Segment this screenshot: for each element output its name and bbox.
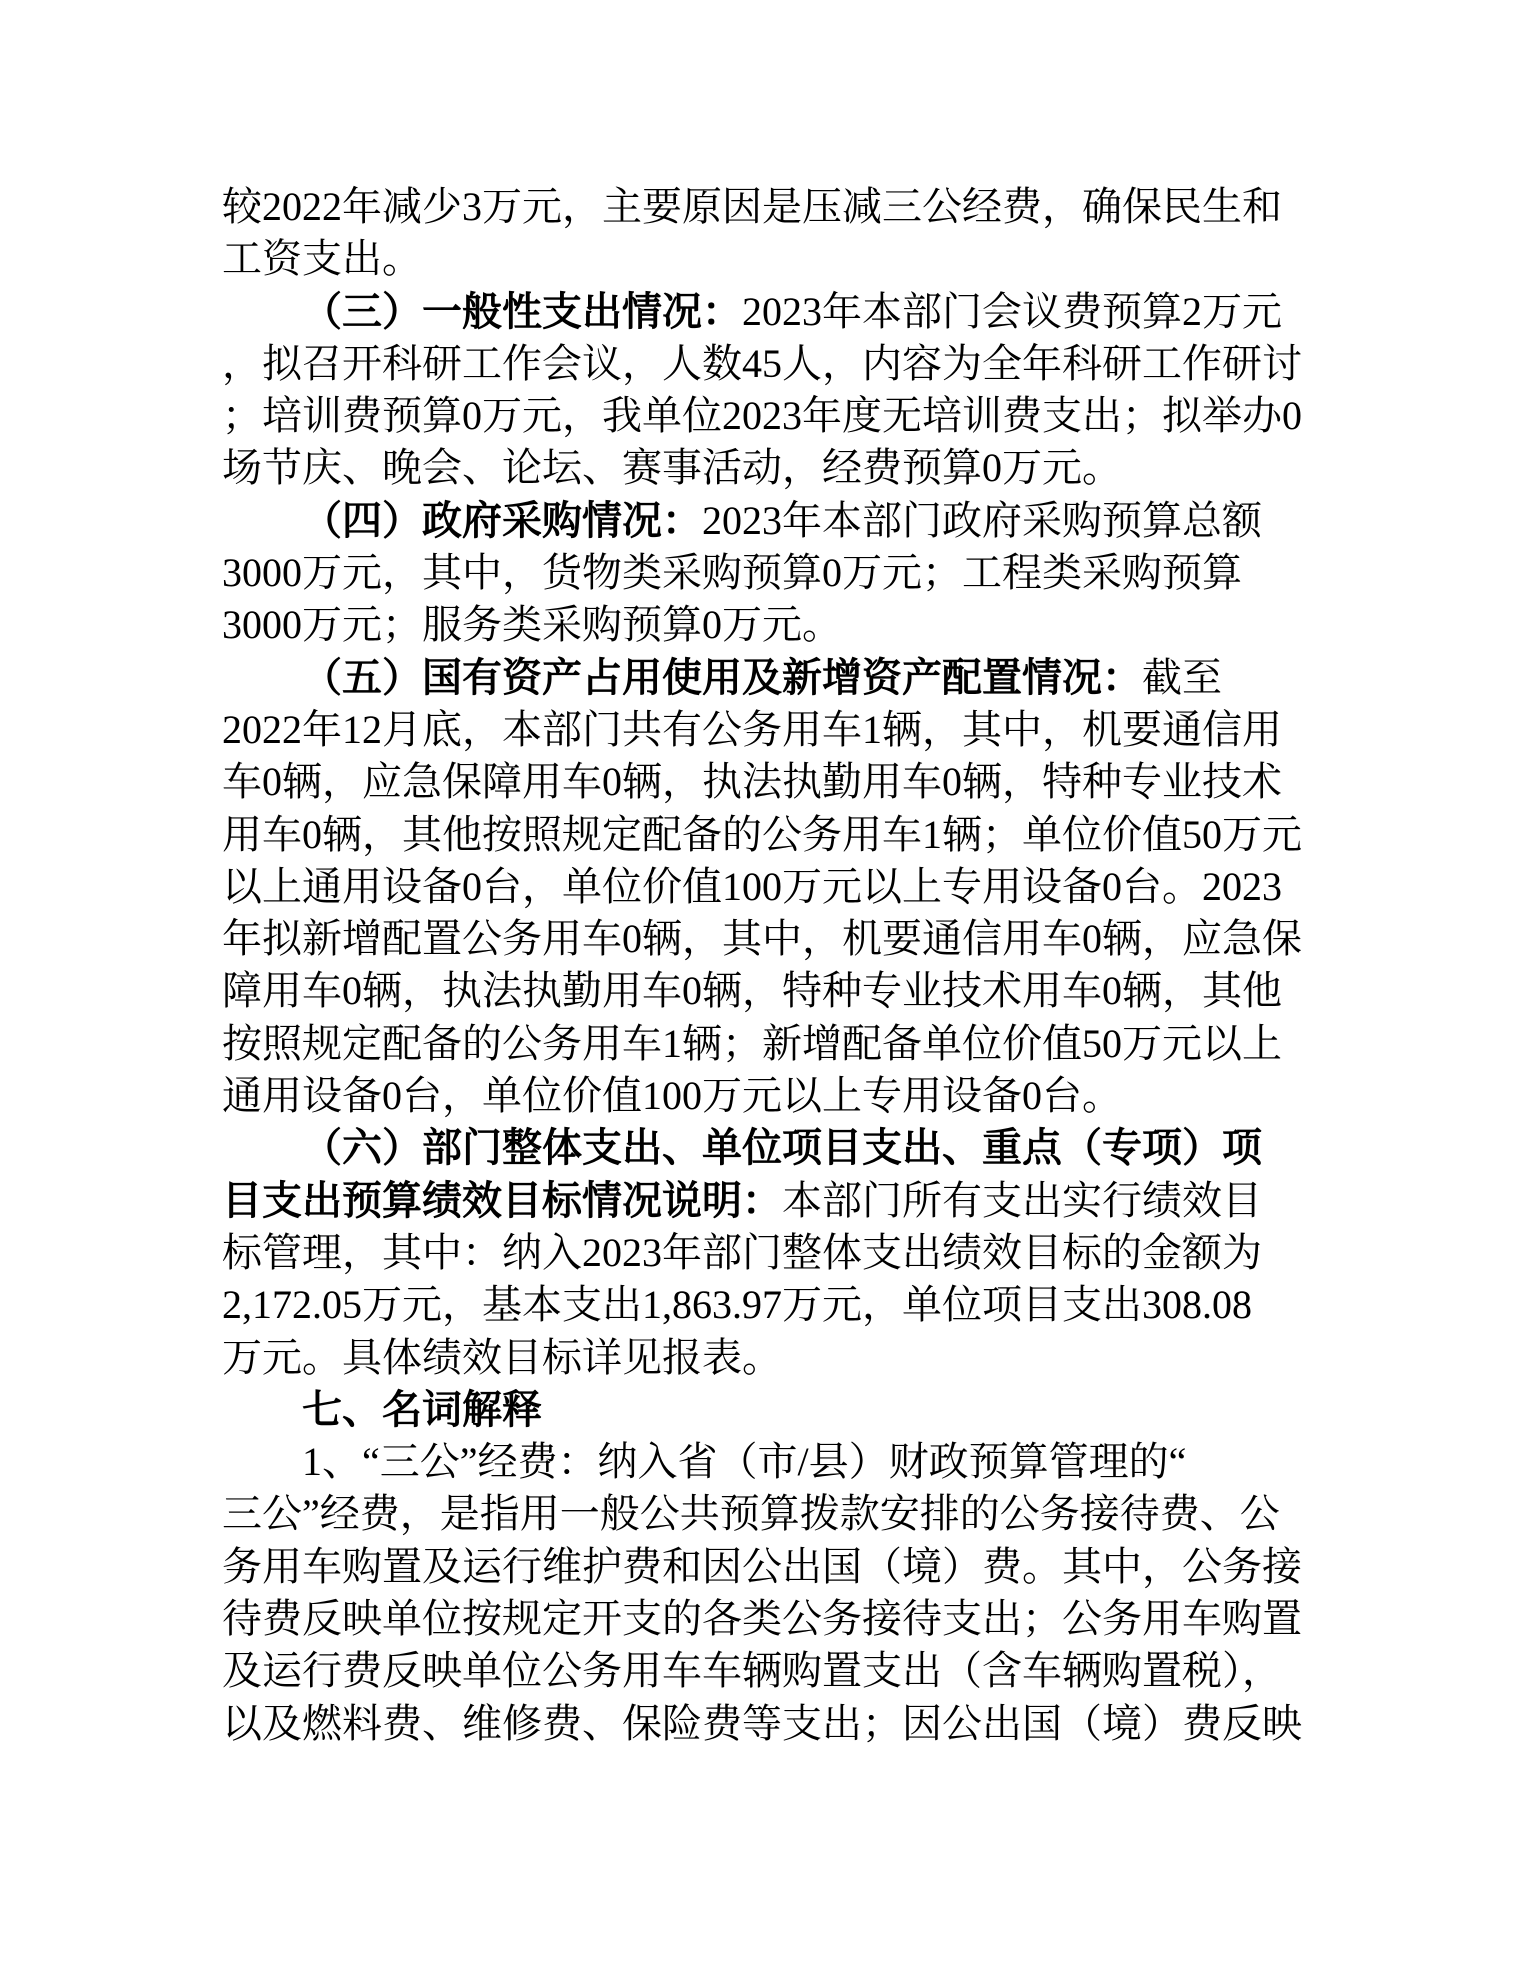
doc-line: 1、“三公”经费：纳入省（市/县）财政预算管理的“ [222, 1436, 1308, 1488]
body-text: 3000万元，其中，货物类采购预算0万元；工程类采购预算 [222, 550, 1242, 595]
doc-line: 用车0辆，其他按照规定配备的公务用车1辆；单位价值50万元 [222, 809, 1308, 861]
doc-line: 按照规定配备的公务用车1辆；新增配备单位价值50万元以上 [222, 1018, 1308, 1070]
body-text: 较2022年减少3万元，主要原因是压减三公经费，确保民生和 [222, 184, 1282, 229]
doc-line: （六）部门整体支出、单位项目支出、重点（专项）项 [222, 1122, 1308, 1174]
section-heading: 七、名词解释 [302, 1388, 542, 1432]
body-text: 3000万元；服务类采购预算0万元。 [222, 602, 842, 647]
doc-line: 及运行费反映单位公务用车车辆购置支出（含车辆购置税）， [222, 1645, 1308, 1697]
doc-line: 标管理，其中：纳入2023年部门整体支出绩效目标的金额为 [222, 1227, 1308, 1279]
doc-line: ；培训费预算0万元，我单位2023年度无培训费支出；拟举办0 [222, 390, 1308, 442]
body-text: 以上通用设备0台，单位价值100万元以上专用设备0台。2023 [222, 864, 1282, 909]
body-text: 务用车购置及运行维护费和因公出国（境）费。其中，公务接 [222, 1544, 1302, 1589]
doc-line: ，拟召开科研工作会议，人数45人，内容为全年科研工作研讨 [222, 338, 1308, 390]
doc-line: 待费反映单位按规定开支的各类公务接待支出；公务用车购置 [222, 1593, 1308, 1645]
doc-line: 场节庆、晚会、论坛、赛事活动，经费预算0万元。 [222, 442, 1308, 494]
body-text: 2,172.05万元，基本支出1,863.97万元，单位项目支出308.08 [222, 1282, 1252, 1327]
body-text: 待费反映单位按规定开支的各类公务接待支出；公务用车购置 [222, 1596, 1302, 1641]
doc-line: 万元。具体绩效目标详见报表。 [222, 1332, 1308, 1384]
body-text: 三公”经费，是指用一般公共预算拨款安排的公务接待费、公 [222, 1491, 1280, 1536]
doc-line: 3000万元，其中，货物类采购预算0万元；工程类采购预算 [222, 547, 1308, 599]
body-text: 车0辆，应急保障用车0辆，执法执勤用车0辆，特种专业技术 [222, 759, 1282, 804]
body-text: 1、“三公”经费：纳入省（市/县）财政预算管理的“ [302, 1439, 1186, 1484]
doc-line: 务用车购置及运行维护费和因公出国（境）费。其中，公务接 [222, 1541, 1308, 1593]
body-text: 年拟新增配置公务用车0辆，其中，机要通信用车0辆，应急保 [222, 916, 1302, 961]
body-text: 截至 [1142, 655, 1222, 700]
body-text: 以及燃料费、维修费、保险费等支出；因公出国（境）费反映 [222, 1701, 1302, 1746]
doc-line: 3000万元；服务类采购预算0万元。 [222, 599, 1308, 651]
body-text: 按照规定配备的公务用车1辆；新增配备单位价值50万元以上 [222, 1021, 1282, 1066]
body-text: 通用设备0台，单位价值100万元以上专用设备0台。 [222, 1073, 1122, 1118]
body-text: 本部门所有支出实行绩效目 [782, 1178, 1262, 1223]
body-text: ；培训费预算0万元，我单位2023年度无培训费支出；拟举办0 [222, 393, 1302, 438]
body-text: 用车0辆，其他按照规定配备的公务用车1辆；单位价值50万元 [222, 812, 1302, 857]
doc-line: 以及燃料费、维修费、保险费等支出；因公出国（境）费反映 [222, 1698, 1308, 1750]
section-heading: （四）政府采购情况： [302, 499, 702, 543]
doc-line: 工资支出。 [222, 233, 1308, 285]
doc-line: （四）政府采购情况：2023年本部门政府采购预算总额 [222, 495, 1308, 547]
doc-line: 三公”经费，是指用一般公共预算拨款安排的公务接待费、公 [222, 1488, 1308, 1540]
doc-line: （五）国有资产占用使用及新增资产配置情况：截至 [222, 652, 1308, 704]
section-heading: （六）部门整体支出、单位项目支出、重点（专项）项 [302, 1126, 1262, 1170]
doc-line: 目支出预算绩效目标情况说明：本部门所有支出实行绩效目 [222, 1175, 1308, 1227]
section-heading: （五）国有资产占用使用及新增资产配置情况： [302, 656, 1142, 700]
doc-line: 障用车0辆，执法执勤用车0辆，特种专业技术用车0辆，其他 [222, 965, 1308, 1017]
section-heading: 目支出预算绩效目标情况说明： [222, 1179, 782, 1223]
body-text: 障用车0辆，执法执勤用车0辆，特种专业技术用车0辆，其他 [222, 968, 1282, 1013]
body-text: 工资支出。 [222, 236, 422, 281]
doc-line: 以上通用设备0台，单位价值100万元以上专用设备0台。2023 [222, 861, 1308, 913]
doc-line: 车0辆，应急保障用车0辆，执法执勤用车0辆，特种专业技术 [222, 756, 1308, 808]
doc-line: 较2022年减少3万元，主要原因是压减三公经费，确保民生和 [222, 181, 1308, 233]
doc-line: （三）一般性支出情况：2023年本部门会议费预算2万元 [222, 286, 1308, 338]
section-heading: （三）一般性支出情况： [302, 290, 742, 334]
doc-line: 2,172.05万元，基本支出1,863.97万元，单位项目支出308.08 [222, 1279, 1308, 1331]
doc-line: 七、名词解释 [222, 1384, 1308, 1436]
body-text: 万元。具体绩效目标详见报表。 [222, 1335, 782, 1380]
doc-line: 2022年12月底，本部门共有公务用车1辆，其中，机要通信用 [222, 704, 1308, 756]
body-text: 2023年本部门政府采购预算总额 [702, 498, 1262, 543]
doc-line: 通用设备0台，单位价值100万元以上专用设备0台。 [222, 1070, 1308, 1122]
doc-line: 年拟新增配置公务用车0辆，其中，机要通信用车0辆，应急保 [222, 913, 1308, 965]
body-text: 2022年12月底，本部门共有公务用车1辆，其中，机要通信用 [222, 707, 1282, 752]
body-text: 2023年本部门会议费预算2万元 [742, 289, 1282, 334]
body-text: 场节庆、晚会、论坛、赛事活动，经费预算0万元。 [222, 445, 1122, 490]
document-body: 较2022年减少3万元，主要原因是压减三公经费，确保民生和 工资支出。 （三）一… [222, 181, 1308, 1750]
document-page: 较2022年减少3万元，主要原因是压减三公经费，确保民生和 工资支出。 （三）一… [0, 0, 1530, 1980]
body-text: ，拟召开科研工作会议，人数45人，内容为全年科研工作研讨 [222, 341, 1302, 386]
body-text: 标管理，其中：纳入2023年部门整体支出绩效目标的金额为 [222, 1230, 1262, 1275]
body-text: 及运行费反映单位公务用车车辆购置支出（含车辆购置税）， [222, 1648, 1282, 1693]
